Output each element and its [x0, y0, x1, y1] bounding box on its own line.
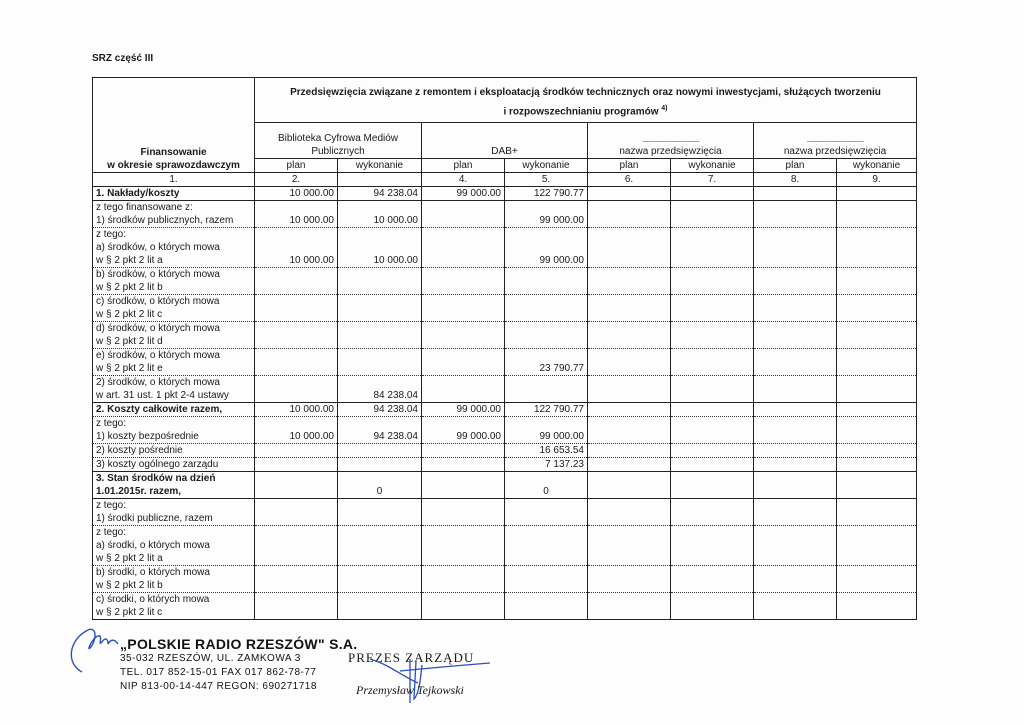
table-row: d) środków, o których mowaw § 2 pkt 2 li…	[93, 322, 917, 349]
value-cell	[588, 526, 671, 566]
row-label-line: a) środki, o których mowa	[96, 539, 251, 552]
value-cell	[338, 499, 422, 526]
value-cell	[422, 376, 505, 403]
row-label-line: 1) koszty bezpośrednie	[96, 430, 251, 443]
value-cell	[754, 566, 837, 593]
value-cell	[671, 376, 754, 403]
value-cell	[338, 349, 422, 376]
value-cell	[422, 295, 505, 322]
value-cell	[422, 472, 505, 499]
value-cell	[422, 526, 505, 566]
value-cell: 10 000.00	[338, 201, 422, 228]
value-cell	[422, 268, 505, 295]
value-cell: 99 000.00	[505, 417, 588, 444]
value-cell	[754, 417, 837, 444]
value-cell	[255, 444, 338, 458]
row-label-line: e) środków, o których mowa	[96, 349, 251, 362]
value-cell: 23 790.77	[505, 349, 588, 376]
value-cell	[422, 499, 505, 526]
column-number: 4.	[422, 173, 505, 187]
value-cell	[754, 444, 837, 458]
value-cell	[671, 201, 754, 228]
row-label: z tego:a) środków, o których mowaw § 2 p…	[93, 228, 255, 268]
value-cell	[837, 376, 917, 403]
row-label: d) środków, o których mowaw § 2 pkt 2 li…	[93, 322, 255, 349]
value-cell: 10 000.00	[255, 228, 338, 268]
value-cell: 99 000.00	[422, 187, 505, 201]
column-number: 8.	[754, 173, 837, 187]
value-cell	[255, 566, 338, 593]
plan-header: plan	[255, 159, 338, 173]
row-label-line: 1.01.2015r. razem,	[96, 485, 251, 498]
row-label-line: w § 2 pkt 2 lit d	[96, 335, 251, 348]
row-label-line: z tego:	[96, 526, 251, 539]
value-cell	[671, 228, 754, 268]
value-cell: 10 000.00	[255, 187, 338, 201]
row-label-line: d) środków, o których mowa	[96, 322, 251, 335]
row-label: z tego:1) koszty bezpośrednie	[93, 417, 255, 444]
row-label-line: z tego:	[96, 499, 251, 512]
value-cell: 99 000.00	[422, 417, 505, 444]
value-cell	[754, 526, 837, 566]
row-label-line: w § 2 pkt 2 lit a	[96, 552, 251, 565]
column-number	[338, 173, 422, 187]
project-name-placeholder-dots: ........................................…	[757, 137, 913, 145]
value-cell	[754, 472, 837, 499]
value-cell: 84 238.04	[338, 376, 422, 403]
value-cell	[338, 593, 422, 620]
row-label: b) środków, o których mowaw § 2 pkt 2 li…	[93, 268, 255, 295]
value-cell	[588, 187, 671, 201]
row-label: 3. Stan środków na dzień1.01.2015r. raze…	[93, 472, 255, 499]
value-cell	[588, 228, 671, 268]
value-cell	[754, 268, 837, 295]
value-cell: 99 000.00	[505, 201, 588, 228]
value-cell: 10 000.00	[255, 201, 338, 228]
value-cell	[837, 228, 917, 268]
value-cell	[837, 187, 917, 201]
value-cell	[422, 593, 505, 620]
row-label: z tego finansowane z:1) środków publiczn…	[93, 201, 255, 228]
row-label: e) środków, o których mowaw § 2 pkt 2 li…	[93, 349, 255, 376]
value-cell	[422, 201, 505, 228]
main-title-line1: Przedsięwzięcia związane z remontem i ek…	[255, 86, 916, 99]
value-cell	[338, 322, 422, 349]
main-title-line2: i rozpowszechnianiu programów	[503, 106, 658, 117]
row-label: z tego:1) środki publiczne, razem	[93, 499, 255, 526]
value-cell	[671, 417, 754, 444]
execution-header: wykonanie	[671, 159, 754, 173]
column-number: 1.	[93, 173, 255, 187]
value-cell	[837, 472, 917, 499]
value-cell	[588, 376, 671, 403]
value-cell	[338, 268, 422, 295]
signature-name: Przemysław Tejkowski	[356, 683, 464, 698]
table-row: b) środki, o których mowaw § 2 pkt 2 lit…	[93, 566, 917, 593]
value-cell	[505, 593, 588, 620]
stamp-ids: NIP 813-00-14-447 REGON: 690271718	[120, 680, 358, 694]
value-cell	[671, 268, 754, 295]
column-number: 7.	[671, 173, 754, 187]
value-cell	[754, 349, 837, 376]
value-cell: 94 238.04	[338, 417, 422, 444]
value-cell	[754, 593, 837, 620]
row-label-line: 3) koszty ogólnego zarządu	[96, 458, 251, 471]
execution-header: wykonanie	[338, 159, 422, 173]
row-label-line: w § 2 pkt 2 lit c	[96, 308, 251, 321]
project-name: Biblioteka Cyfrowa Mediów Publicznych	[278, 133, 398, 157]
row-label-line: c) środki, o których mowa	[96, 593, 251, 606]
table-row: 3) koszty ogólnego zarządu7 137.23	[93, 458, 917, 472]
row-label-line: 3. Stan środków na dzień	[96, 472, 251, 485]
value-cell	[754, 201, 837, 228]
project-header-1: Biblioteka Cyfrowa Mediów Publicznych	[255, 123, 422, 159]
project-header-4: ........................................…	[754, 123, 917, 159]
value-cell	[837, 268, 917, 295]
value-cell	[255, 295, 338, 322]
execution-header: wykonanie	[837, 159, 917, 173]
value-cell	[671, 187, 754, 201]
table-row: z tego:1) środki publiczne, razem	[93, 499, 917, 526]
value-cell	[671, 526, 754, 566]
row-label-line: z tego finansowane z:	[96, 201, 251, 214]
value-cell: 16 653.54	[505, 444, 588, 458]
stamp-address: 35-032 RZESZÓW, UL. ZAMKOWA 3	[120, 652, 358, 666]
value-cell	[588, 322, 671, 349]
value-cell	[255, 593, 338, 620]
row-label: 2) koszty pośrednie	[93, 444, 255, 458]
value-cell	[588, 295, 671, 322]
row-label-line: w § 2 pkt 2 lit b	[96, 579, 251, 592]
table-row: e) środków, o których mowaw § 2 pkt 2 li…	[93, 349, 917, 376]
value-cell: 99 000.00	[422, 403, 505, 417]
value-cell	[837, 444, 917, 458]
value-cell	[671, 322, 754, 349]
value-cell	[505, 526, 588, 566]
value-cell: 10 000.00	[255, 403, 338, 417]
value-cell: 122 790.77	[505, 187, 588, 201]
value-cell	[505, 499, 588, 526]
row-label-line: 1. Nakłady/koszty	[96, 187, 251, 200]
row-label: 3) koszty ogólnego zarządu	[93, 458, 255, 472]
table-row: c) środków, o których mowaw § 2 pkt 2 li…	[93, 295, 917, 322]
footnote-mark: 4)	[661, 105, 667, 112]
project-header-3: ........................................…	[588, 123, 754, 159]
value-cell	[837, 349, 917, 376]
value-cell: 99 000.00	[505, 228, 588, 268]
row-label-header: Finansowanie w okresie sprawozdawczym	[93, 78, 255, 173]
row-label-line: 1) środków publicznych, razem	[96, 214, 251, 227]
table-row: 2) koszty pośrednie16 653.54	[93, 444, 917, 458]
row-label: 1. Nakłady/koszty	[93, 187, 255, 201]
value-cell	[588, 593, 671, 620]
value-cell	[255, 322, 338, 349]
column-number: 5.	[505, 173, 588, 187]
value-cell	[837, 458, 917, 472]
value-cell	[754, 499, 837, 526]
value-cell: 7 137.23	[505, 458, 588, 472]
table-row: z tego:a) środków, o których mowaw § 2 p…	[93, 228, 917, 268]
value-cell	[671, 458, 754, 472]
value-cell	[422, 566, 505, 593]
row-label-line: 2. Koszty całkowite razem,	[96, 403, 251, 416]
table-row: z tego finansowane z:1) środków publiczn…	[93, 201, 917, 228]
value-cell	[671, 295, 754, 322]
value-cell	[588, 201, 671, 228]
table-row: 1. Nakłady/koszty10 000.0094 238.0499 00…	[93, 187, 917, 201]
project-header-2: DAB+	[422, 123, 588, 159]
financing-table: Finansowanie w okresie sprawozdawczym Pr…	[92, 77, 917, 620]
main-section-title: Przedsięwzięcia związane z remontem i ek…	[255, 78, 917, 123]
value-cell: 10 000.00	[255, 417, 338, 444]
value-cell	[255, 268, 338, 295]
row-label-line: c) środków, o których mowa	[96, 295, 251, 308]
value-cell	[505, 268, 588, 295]
row-label-line: 2) koszty pośrednie	[96, 444, 251, 457]
column-number: 2.	[255, 173, 338, 187]
stamp-phones: TEL. 017 852-15-01 FAX 017 862-78-77	[120, 666, 358, 680]
row-label: b) środki, o których mowaw § 2 pkt 2 lit…	[93, 566, 255, 593]
value-cell	[588, 403, 671, 417]
row-label-line: b) środków, o których mowa	[96, 268, 251, 281]
value-cell	[588, 349, 671, 376]
row-label-line: w § 2 pkt 2 lit a	[96, 254, 251, 267]
row-label: z tego:a) środki, o których mowaw § 2 pk…	[93, 526, 255, 566]
value-cell	[671, 444, 754, 458]
value-cell: 94 238.04	[338, 187, 422, 201]
value-cell	[422, 458, 505, 472]
row-label-header-line2: w okresie sprawozdawczym	[96, 159, 251, 172]
value-cell	[422, 228, 505, 268]
value-cell	[588, 458, 671, 472]
value-cell: 10 000.00	[338, 228, 422, 268]
value-cell	[671, 566, 754, 593]
value-cell: 0	[505, 472, 588, 499]
value-cell	[422, 444, 505, 458]
row-label-line: a) środków, o których mowa	[96, 241, 251, 254]
value-cell	[754, 295, 837, 322]
row-label: 2) środków, o których mowaw art. 31 ust.…	[93, 376, 255, 403]
value-cell	[754, 322, 837, 349]
row-label-line: w § 2 pkt 2 lit e	[96, 362, 251, 375]
project-name: DAB+	[491, 146, 517, 157]
value-cell	[255, 376, 338, 403]
value-cell	[837, 201, 917, 228]
value-cell	[754, 228, 837, 268]
row-label-line: 2) środków, o których mowa	[96, 376, 251, 389]
value-cell	[588, 472, 671, 499]
value-cell: 122 790.77	[505, 403, 588, 417]
value-cell	[422, 349, 505, 376]
value-cell	[338, 566, 422, 593]
value-cell	[505, 322, 588, 349]
execution-header: wykonanie	[505, 159, 588, 173]
value-cell	[837, 322, 917, 349]
value-cell	[588, 268, 671, 295]
value-cell	[837, 499, 917, 526]
plan-header: plan	[588, 159, 671, 173]
row-label: c) środki, o których mowaw § 2 pkt 2 lit…	[93, 593, 255, 620]
document-label: SRZ część III	[92, 53, 153, 64]
project-name-placeholder-dots: ........................................…	[591, 137, 750, 145]
value-cell	[422, 322, 505, 349]
value-cell	[338, 295, 422, 322]
project-name: nazwa przedsięwzięcia	[784, 146, 886, 157]
row-label-line: 1) środki publiczne, razem	[96, 512, 251, 525]
value-cell	[255, 472, 338, 499]
row-label-line: w § 2 pkt 2 lit c	[96, 606, 251, 619]
table-row: 2. Koszty całkowite razem,10 000.0094 23…	[93, 403, 917, 417]
plan-header: plan	[754, 159, 837, 173]
value-cell	[338, 444, 422, 458]
plan-header: plan	[422, 159, 505, 173]
table-row: b) środków, o których mowaw § 2 pkt 2 li…	[93, 268, 917, 295]
value-cell	[588, 417, 671, 444]
value-cell	[255, 499, 338, 526]
value-cell	[754, 458, 837, 472]
value-cell	[837, 593, 917, 620]
value-cell	[338, 458, 422, 472]
value-cell	[837, 403, 917, 417]
value-cell	[754, 376, 837, 403]
value-cell	[588, 499, 671, 526]
row-label-line: w art. 31 ust. 1 pkt 2-4 ustawy	[96, 389, 251, 402]
row-label-line: b) środki, o których mowa	[96, 566, 251, 579]
value-cell: 94 238.04	[338, 403, 422, 417]
row-label-line: z tego:	[96, 417, 251, 430]
row-label: 2. Koszty całkowite razem,	[93, 403, 255, 417]
stamp-company: „POLSKIE RADIO RZESZÓW" S.A.	[120, 636, 358, 652]
table-row: z tego:a) środki, o których mowaw § 2 pk…	[93, 526, 917, 566]
value-cell	[588, 444, 671, 458]
value-cell	[671, 499, 754, 526]
project-name: nazwa przedsięwzięcia	[619, 146, 721, 157]
column-number: 9.	[837, 173, 917, 187]
column-number: 6.	[588, 173, 671, 187]
value-cell	[671, 472, 754, 499]
value-cell: 0	[338, 472, 422, 499]
row-label-line: w § 2 pkt 2 lit b	[96, 281, 251, 294]
table-row: 3. Stan środków na dzień1.01.2015r. raze…	[93, 472, 917, 499]
value-cell	[505, 566, 588, 593]
company-stamp: „POLSKIE RADIO RZESZÓW" S.A. 35-032 RZES…	[120, 636, 358, 694]
value-cell	[671, 593, 754, 620]
row-label: c) środków, o których mowaw § 2 pkt 2 li…	[93, 295, 255, 322]
row-label-header-line1: Finansowanie	[96, 146, 251, 159]
table-row: 2) środków, o których mowaw art. 31 ust.…	[93, 376, 917, 403]
table-row: c) środki, o których mowaw § 2 pkt 2 lit…	[93, 593, 917, 620]
value-cell	[255, 458, 338, 472]
value-cell	[255, 526, 338, 566]
value-cell	[505, 295, 588, 322]
value-cell	[754, 187, 837, 201]
row-label-line: z tego:	[96, 228, 251, 241]
table-row: z tego:1) koszty bezpośrednie10 000.0094…	[93, 417, 917, 444]
value-cell	[671, 349, 754, 376]
value-cell	[837, 566, 917, 593]
value-cell	[837, 526, 917, 566]
value-cell	[505, 376, 588, 403]
value-cell	[837, 417, 917, 444]
value-cell	[671, 403, 754, 417]
value-cell	[837, 295, 917, 322]
value-cell	[754, 403, 837, 417]
value-cell	[255, 349, 338, 376]
value-cell	[588, 566, 671, 593]
value-cell	[338, 526, 422, 566]
